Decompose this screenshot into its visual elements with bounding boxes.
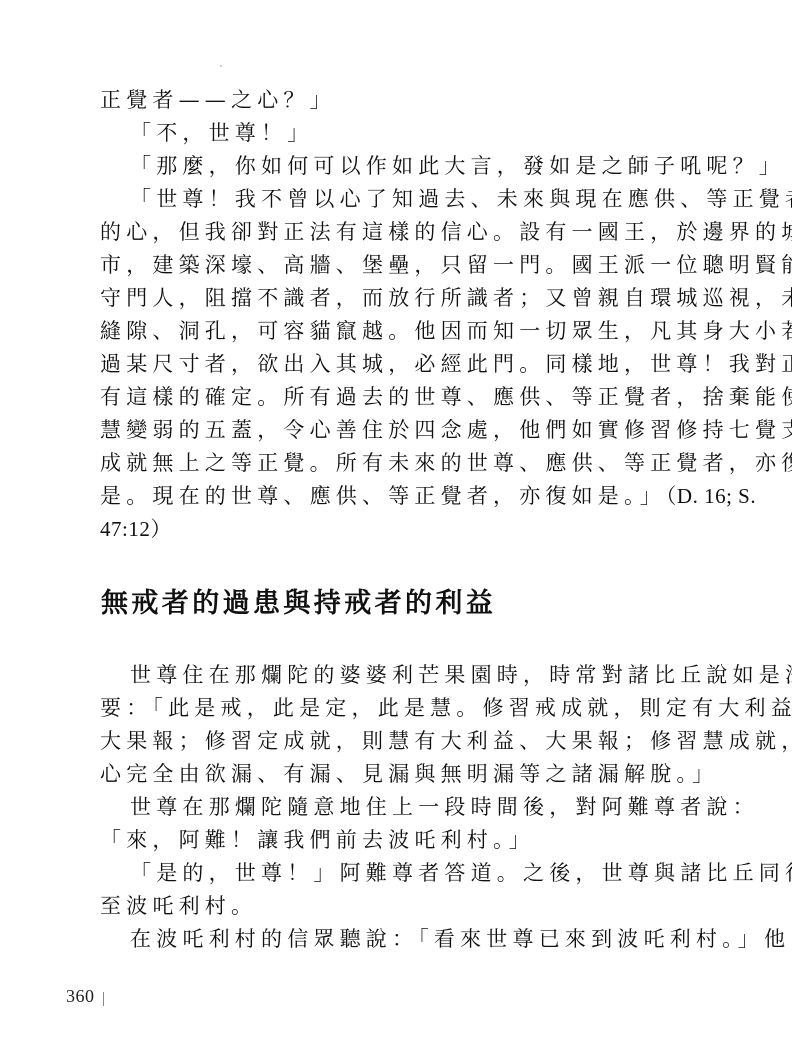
text-line: 正覺者——之心？」: [100, 84, 704, 117]
section-heading: 無戒者的過患與持戒者的利益: [101, 584, 496, 624]
page-number: 360: [66, 986, 95, 1007]
text-line: 大果報；修習定成就，則慧有大利益、大果報；修習慧成就，則: [100, 725, 704, 758]
scan-speck: [220, 65, 222, 67]
text-line: 要：「此是戒，此是定，此是慧。修習戒成就，則定有大利益、: [100, 692, 704, 725]
text-line: 有這樣的確定。所有過去的世尊、應供、等正覺者，捨棄能使智: [100, 381, 704, 414]
text-line: 「來，阿難！讓我們前去波吒利村。」: [100, 824, 704, 857]
text-line: 世尊住在那爛陀的婆婆利芒果園時，時常對諸比丘說如是法: [100, 659, 704, 692]
text-line: 在波吒利村的信眾聽說：「看來世尊已來到波吒利村。」他: [100, 923, 704, 956]
text-line: 過某尺寸者，欲出入其城，必經此門。同樣地，世尊！我對正法: [100, 348, 704, 381]
page-number-separator: [103, 992, 104, 1006]
book-page: 正覺者——之心？」 「不，世尊！」 「那麼，你如何可以作如此大言，發如是之師子吼…: [0, 0, 792, 1056]
text-line: 世尊在那爛陀隨意地住上一段時間後，對阿難尊者說：: [100, 791, 704, 824]
text-line: 「不，世尊！」: [100, 117, 704, 150]
text-line: 的心，但我卻對正法有這樣的信心。設有一國王，於邊界的城: [100, 216, 704, 249]
text-line: 是。現在的世尊、應供、等正覺者，亦復如是。」: [100, 484, 666, 508]
text-line: 市，建築深壕、高牆、堡壘，只留一門。國王派一位聰明賢能的: [100, 249, 704, 282]
text-line: 縫隙、洞孔，可容貓竄越。他因而知一切眾生，凡其身大小若超: [100, 315, 704, 348]
text-line-with-citation: 是。現在的世尊、應供、等正覺者，亦復如是。」（D. 16; S.: [100, 480, 704, 513]
body-text-bottom: 世尊住在那爛陀的婆婆利芒果園時，時常對諸比丘說如是法 要：「此是戒，此是定，此是…: [100, 659, 704, 956]
citation-reference-continued: 47:12）: [100, 513, 704, 546]
text-line: 至波吒利村。: [100, 890, 704, 923]
text-line: 「世尊！我不曾以心了知過去、未來與現在應供、等正覺者: [100, 183, 704, 216]
text-line: 守門人，阻擋不識者，而放行所識者；又曾親自環城巡視，未見: [100, 282, 704, 315]
text-line: 成就無上之等正覺。所有未來的世尊、應供、等正覺者，亦復如: [100, 447, 704, 480]
text-line: 「那麼，你如何可以作如此大言，發如是之師子吼呢？」: [100, 150, 704, 183]
body-text-top: 正覺者——之心？」 「不，世尊！」 「那麼，你如何可以作如此大言，發如是之師子吼…: [100, 84, 704, 546]
text-line: 「是的，世尊！」阿難尊者答道。之後，世尊與諸比丘同行: [100, 857, 704, 890]
text-line: 慧變弱的五蓋，令心善住於四念處，他們如實修習修持七覺支而: [100, 414, 704, 447]
citation-reference: （D. 16; S.: [666, 484, 756, 508]
text-line: 心完全由欲漏、有漏、見漏與無明漏等之諸漏解脫。」: [100, 758, 704, 791]
